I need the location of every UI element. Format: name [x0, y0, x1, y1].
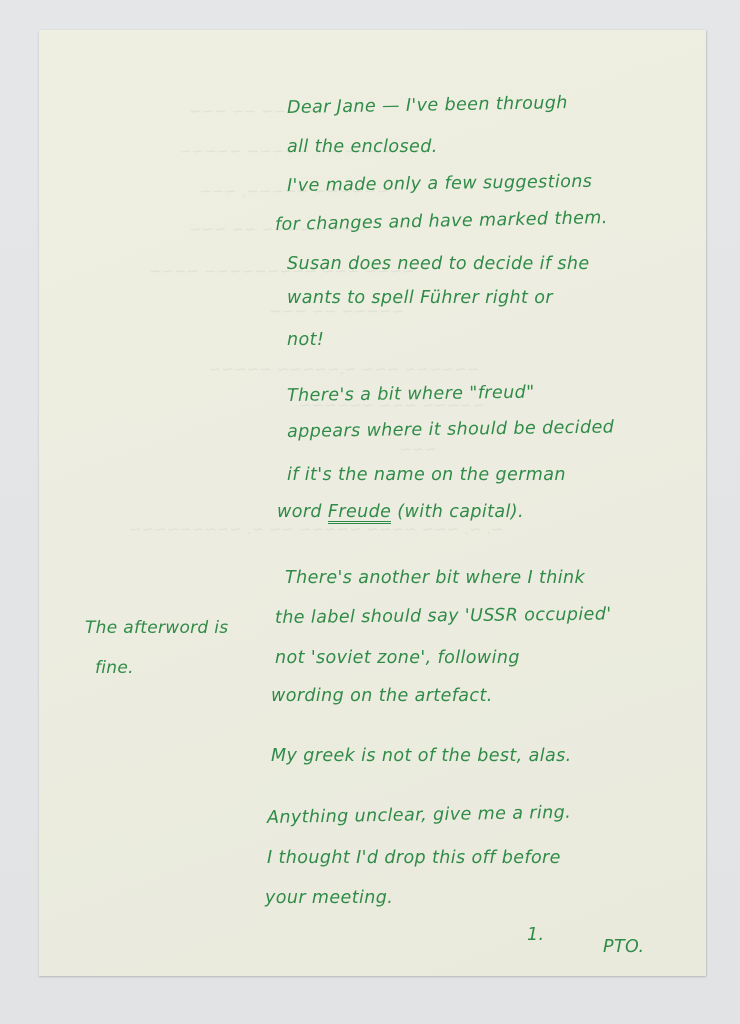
letter-line: I've made only a few suggestions: [287, 172, 593, 196]
letter-line: Susan does need to decide if she: [287, 254, 590, 274]
letter-line: I thought I'd drop this off before: [267, 848, 561, 868]
letter-page: ~ ~~~ ~~ ~~~ ~~~~ ~~ ~~~~~ ~~~~~ ~~~~~~ …: [39, 30, 706, 976]
letter-line: word Freude (with capital).: [277, 502, 524, 524]
letter-line: appears where it should be decided: [287, 417, 614, 442]
word-label: word: [277, 502, 322, 522]
letter-line: wording on the artefact.: [271, 686, 493, 706]
margin-note-line-2: fine.: [95, 658, 134, 678]
show-through-text: ~~~: [399, 440, 437, 458]
underlined-word-freude: Freude: [328, 503, 391, 524]
letter-line: There's a bit where "freud": [287, 383, 535, 406]
letter-line: for changes and have marked them.: [275, 208, 608, 235]
letter-line: your meeting.: [265, 888, 393, 908]
letter-line: the label should say 'USSR occupied': [275, 604, 612, 628]
letter-line: all the enclosed.: [287, 137, 438, 157]
letter-line: There's another bit where I think: [285, 568, 585, 588]
letter-line: wants to spell Führer right or: [287, 288, 553, 308]
letter-line: not 'soviet zone', following: [275, 648, 520, 668]
capital-note: (with capital).: [397, 502, 524, 522]
letter-line: My greek is not of the best, alas.: [271, 746, 572, 766]
margin-note-line-1: The afterword is: [85, 618, 228, 638]
letter-line: not!: [287, 330, 324, 350]
letter-line: Dear Jane — I've been through: [287, 93, 568, 118]
letter-line: Anything unclear, give me a ring.: [267, 803, 572, 828]
pto-note: PTO.: [603, 937, 644, 957]
letter-line: if it's the name on the german: [287, 465, 566, 485]
page-number: 1.: [527, 925, 545, 945]
show-through-text: ~~~~~~ ~~~ ~.~~~~~ ~~~~~: [209, 360, 479, 378]
